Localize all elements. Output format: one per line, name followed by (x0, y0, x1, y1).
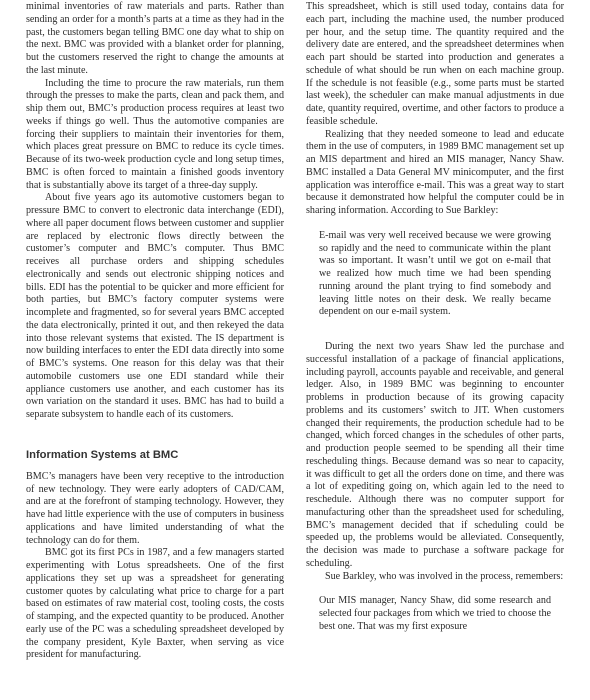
right-column: This spreadsheet, which is still used to… (306, 1, 564, 656)
quote-text: E-mail was very well received because we… (319, 230, 551, 319)
paragraph: This spreadsheet, which is still used to… (306, 1, 564, 129)
paragraph: Sue Barkley, who was involved in the pro… (306, 571, 564, 584)
quote-text: Our MIS manager, Nancy Shaw, did some re… (319, 595, 551, 633)
paragraph: During the next two years Shaw led the p… (306, 341, 564, 571)
paragraph: BMC got its first PCs in 1987, and a few… (26, 547, 284, 662)
paragraph: minimal inventories of raw materials and… (26, 1, 284, 78)
paragraph: Including the time to procure the raw ma… (26, 78, 284, 193)
paragraph: About five years ago its automotive cust… (26, 192, 284, 422)
paragraph: BMC’s managers have been very receptive … (26, 471, 284, 548)
section-heading: Information Systems at BMC (26, 448, 284, 462)
block-quote: Our MIS manager, Nancy Shaw, did some re… (319, 595, 551, 633)
left-column: minimal inventories of raw materials and… (26, 1, 284, 662)
paragraph: Realizing that they needed someone to le… (306, 129, 564, 218)
block-quote: E-mail was very well received because we… (319, 230, 551, 319)
document-page: minimal inventories of raw materials and… (0, 0, 590, 700)
